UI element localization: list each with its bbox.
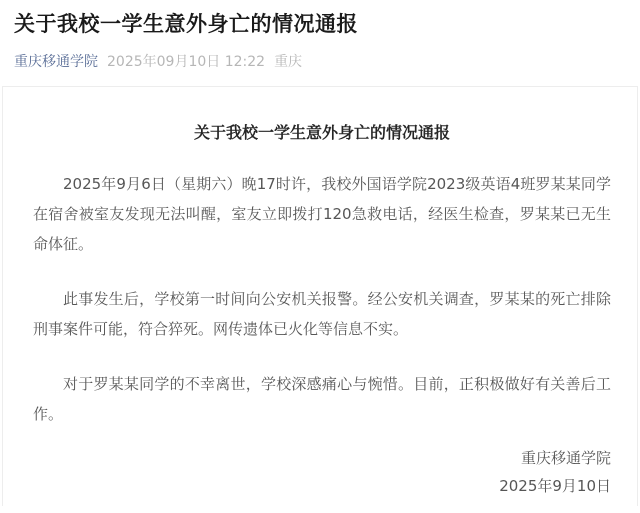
notice-paragraph-2: 此事发生后，学校第一时间向公安机关报警。经公安机关调查，罗某某的死亡排除刑事案件…	[33, 284, 611, 344]
publish-datetime: 2025年09月10日 12:22	[107, 54, 265, 70]
signature-org: 重庆移通学院	[33, 444, 611, 472]
account-link[interactable]: 重庆移通学院	[14, 54, 98, 70]
signature-date: 2025年9月10日	[33, 472, 611, 500]
notice-paragraph-1: 2025年9月6日（星期六）晚17时许，我校外国语学院2023级英语4班罗某某同…	[33, 169, 611, 259]
article-page: 关于我校一学生意外身亡的情况通报 重庆移通学院2025年09月10日 12:22…	[0, 10, 640, 513]
page-title: 关于我校一学生意外身亡的情况通报	[14, 10, 626, 38]
notice-box: 关于我校一学生意外身亡的情况通报 2025年9月6日（星期六）晚17时许，我校外…	[2, 86, 638, 506]
notice-title: 关于我校一学生意外身亡的情况通报	[33, 122, 611, 144]
byline: 重庆移通学院2025年09月10日 12:22重庆	[14, 53, 626, 71]
notice-paragraph-3: 对于罗某某同学的不幸离世，学校深感痛心与惋惜。目前，正积极做好有关善后工作。	[33, 369, 611, 429]
signature-block: 重庆移通学院 2025年9月10日	[33, 444, 611, 500]
publish-location: 重庆	[274, 54, 302, 70]
